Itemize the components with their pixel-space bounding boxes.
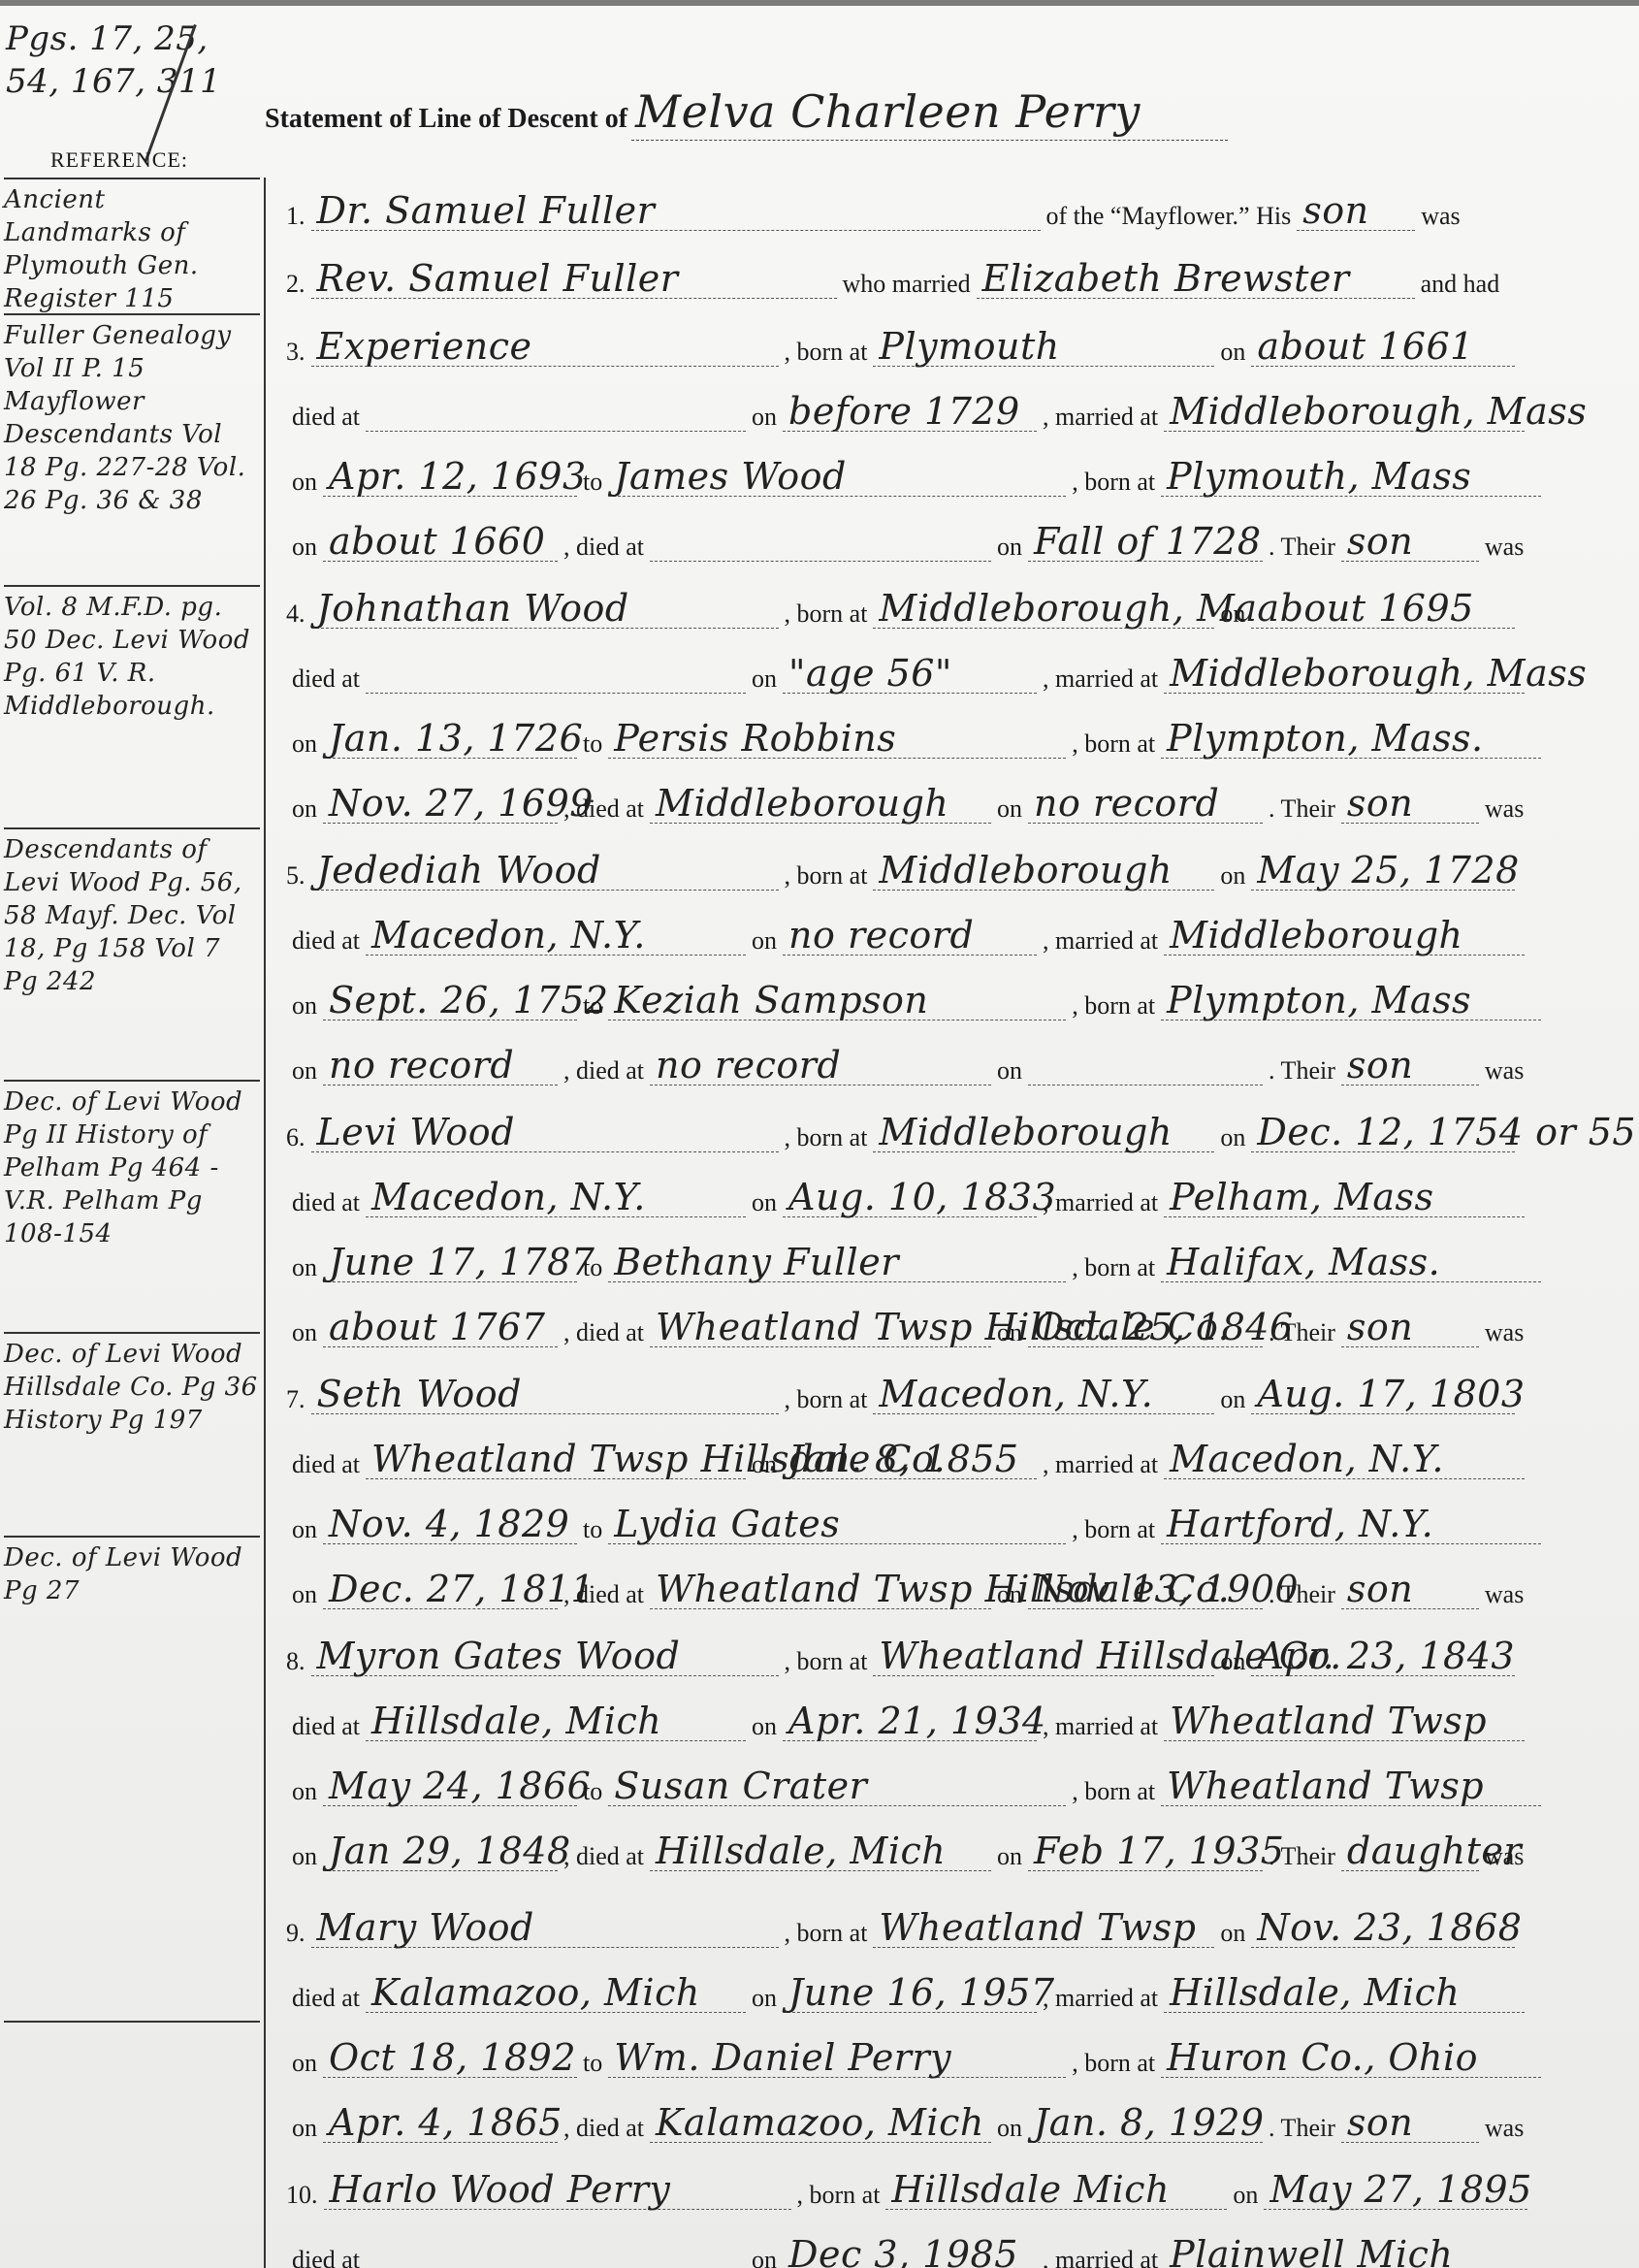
label: , born at	[779, 1385, 874, 1414]
generation-number: 2.	[286, 270, 305, 299]
label: who married	[837, 270, 977, 299]
death-place: Wheatland Twsp Hillsdale Co.	[366, 1440, 746, 1479]
reference-column: Ancient Landmarks of Plymouth Gen. Regis…	[0, 178, 266, 2268]
label: to	[577, 991, 608, 1021]
marriage-date: June 17, 1787	[323, 1243, 577, 1282]
marriage-date: Apr. 12, 1693	[323, 457, 577, 497]
spouse-name: Wm. Daniel Perry	[608, 2038, 1066, 2078]
birth-date: May 27, 1895	[1264, 2170, 1527, 2210]
label: , married at	[1037, 403, 1164, 432]
label: , married at	[1037, 664, 1164, 694]
ancestor-name: Levi Wood	[311, 1113, 779, 1152]
label: on	[746, 926, 783, 956]
death-date: Jan. 8, 1855	[783, 1440, 1037, 1479]
reference-note: Ancient Landmarks of Plymouth Gen. Regis…	[4, 178, 260, 309]
subject-name: Melva Charleen Perry	[631, 85, 1228, 141]
spouse-death-line: onDec. 27, 1811, died atWheatland Twsp H…	[286, 1563, 1576, 1609]
spouse-birth-place: Plympton, Mass.	[1161, 719, 1541, 759]
label: , born at	[791, 2181, 886, 2210]
label: to	[577, 1777, 608, 1806]
label: , born at	[779, 599, 874, 629]
spouse-line: onJan. 13, 1726toPersis Robbins, born at…	[286, 712, 1576, 759]
page-title: Statement of Line of Descent ofMelva Cha…	[265, 85, 1228, 138]
label: , married at	[1037, 1188, 1164, 1217]
label: , born at	[1066, 991, 1161, 1021]
label: . Their	[1263, 533, 1341, 562]
spouse-death-date: Feb 17, 1935	[1028, 1831, 1263, 1871]
generation-number: 4.	[286, 599, 305, 629]
label: on	[991, 1056, 1028, 1085]
marriage-date: May 24, 1866	[323, 1766, 577, 1806]
spouse-death-place: Kalamazoo, Mich	[650, 2103, 991, 2143]
label: on	[991, 533, 1028, 562]
relation: son	[1341, 1570, 1479, 1609]
label: , died at	[558, 794, 650, 824]
spouse-name: Lydia Gates	[608, 1505, 1066, 1544]
label: to	[577, 1515, 608, 1544]
reference-note: Fuller Genealogy Vol II P. 15 Mayflower …	[4, 313, 260, 581]
spouse-birth-date: about 1767	[323, 1308, 558, 1347]
generation-number: 6.	[286, 1123, 305, 1152]
label: on	[286, 1253, 323, 1282]
marriage-date: Nov. 4, 1829	[323, 1505, 577, 1544]
label: , died at	[558, 1842, 650, 1871]
label: died at	[286, 926, 366, 956]
spouse-birth-place: Huron Co., Ohio	[1161, 2038, 1541, 2078]
label: died at	[286, 1984, 366, 2013]
label: . Their	[1263, 1842, 1341, 1871]
birth-date: Nov. 23, 1868	[1251, 1908, 1515, 1948]
label: on	[746, 1712, 783, 1741]
spouse-death-line: onApr. 4, 1865, died atKalamazoo, Michon…	[286, 2096, 1576, 2143]
marriage-place: Middleborough	[1164, 916, 1525, 956]
marriage-date: Oct 18, 1892	[323, 2038, 577, 2078]
label: , married at	[1037, 2246, 1164, 2268]
birth-place: Middleborough	[873, 1113, 1214, 1152]
spouse-death-place: Hillsdale, Mich	[650, 1831, 991, 1871]
generation-1-line: 1. Dr. Samuel Fuller of the “Mayflower.”…	[286, 184, 1576, 231]
spouse-birth-date: no record	[323, 1046, 558, 1085]
spouse-line: onSept. 26, 1752toKeziah Sampson, born a…	[286, 974, 1576, 1021]
spouse-death-line: onno record, died atno recordon. Theirso…	[286, 1039, 1576, 1085]
label: died at	[286, 2246, 366, 2268]
spouse-death-date: Jan. 8, 1929	[1028, 2103, 1263, 2143]
label: was	[1479, 2114, 1529, 2143]
generation-number: 7.	[286, 1385, 305, 1414]
birth-date: about 1661	[1251, 327, 1515, 367]
spouse-line: onNov. 4, 1829toLydia Gates, born atHart…	[286, 1498, 1576, 1544]
death-marriage-line: died atMacedon, N.Y.onno record, married…	[286, 909, 1576, 956]
spouse-birth-date: about 1660	[323, 522, 558, 562]
scan-edge-shadow	[0, 0, 1639, 6]
label: on	[1214, 861, 1251, 891]
spouse-death-place: Middleborough	[650, 784, 991, 824]
label: was	[1479, 1318, 1529, 1347]
label: died at	[286, 403, 366, 432]
death-place	[366, 431, 746, 432]
ancestor-name: Myron Gates Wood	[311, 1636, 779, 1676]
label: , died at	[558, 1318, 650, 1347]
label: on	[1214, 338, 1251, 367]
label: on	[286, 1580, 323, 1609]
label: , born at	[779, 1123, 874, 1152]
label: was	[1479, 1580, 1529, 1609]
ancestor-name: Mary Wood	[311, 1908, 779, 1948]
label: , died at	[558, 1056, 650, 1085]
death-date: before 1729	[783, 392, 1037, 432]
generation-number: 5.	[286, 861, 305, 891]
death-date: Aug. 10, 1833	[783, 1178, 1037, 1217]
label: on	[1214, 1919, 1251, 1948]
marriage-place: Macedon, N.Y.	[1164, 1440, 1525, 1479]
reference-note: Dec. of Levi Wood Pg 27	[4, 1536, 260, 1658]
label: on	[286, 1056, 323, 1085]
spouse-birth-date: Nov. 27, 1699	[323, 784, 558, 824]
spouse-name: Elizabeth Brewster	[977, 259, 1415, 299]
marriage-date: Sept. 26, 1752	[323, 981, 577, 1021]
death-place: Macedon, N.Y.	[366, 1178, 746, 1217]
birth-date: Apr. 23, 1843	[1251, 1636, 1515, 1676]
spouse-death-date: no record	[1028, 784, 1263, 824]
death-date: no record	[783, 916, 1037, 956]
label: on	[746, 2246, 783, 2268]
birth-date: Dec. 12, 1754 or 55	[1251, 1113, 1515, 1152]
reference-note: Vol. 8 M.F.D. pg. 50 Dec. Levi Wood Pg. …	[4, 585, 260, 824]
spouse-death-place: no record	[650, 1046, 991, 1085]
spouse-birth-place: Hartford, N.Y.	[1161, 1505, 1541, 1544]
death-marriage-line: died atWheatland Twsp Hillsdale Co.onJan…	[286, 1433, 1576, 1479]
marriage-place: Plainwell Mich	[1164, 2235, 1525, 2268]
spouse-death-date	[1028, 1085, 1263, 1085]
label: , born at	[1066, 1515, 1161, 1544]
generation-number: 9.	[286, 1919, 305, 1948]
label: on	[286, 2114, 323, 2143]
ancestor-name: Jedediah Wood	[311, 851, 779, 891]
label: was	[1479, 533, 1529, 562]
label: died at	[286, 1712, 366, 1741]
label: , born at	[779, 338, 874, 367]
spouse-line: onJune 17, 1787toBethany Fuller, born at…	[286, 1236, 1576, 1282]
birth-place: Wheatland Hillsdale Co.	[873, 1636, 1214, 1676]
spouse-birth-place: Halifax, Mass.	[1161, 1243, 1541, 1282]
death-place: Macedon, N.Y.	[366, 916, 746, 956]
label: to	[577, 2049, 608, 2078]
spouse-line: onApr. 12, 1693toJames Wood, born atPlym…	[286, 450, 1576, 497]
spouse-name: Bethany Fuller	[608, 1243, 1066, 1282]
spouse-line: onMay 24, 1866toSusan Crater, born atWhe…	[286, 1760, 1576, 1806]
death-date: June 16, 1957	[783, 1973, 1037, 2013]
ancestor-name: Johnathan Wood	[311, 589, 779, 629]
label: on	[991, 1842, 1028, 1871]
label: to	[577, 468, 608, 497]
generation-7-line: 7. Seth Wood, born atMacedon, N.Y.onAug.…	[286, 1368, 1576, 1414]
spouse-death-date: Fall of 1728	[1028, 522, 1263, 562]
label: , born at	[1066, 1253, 1161, 1282]
label: died at	[286, 1450, 366, 1479]
label: on	[286, 794, 323, 824]
birth-place: Hillsdale Mich	[885, 2170, 1227, 2210]
label: , died at	[558, 2114, 650, 2143]
birth-date: about 1695	[1251, 589, 1515, 629]
marriage-place: Middleborough, Mass	[1164, 392, 1525, 432]
label: , married at	[1037, 1984, 1164, 2013]
spouse-death-line: onabout 1660, died atonFall of 1728. The…	[286, 515, 1576, 562]
label: on	[991, 2114, 1028, 2143]
spouse-name: James Wood	[608, 457, 1066, 497]
marriage-place: Middleborough, Mass	[1164, 654, 1525, 694]
marriage-place: Pelham, Mass	[1164, 1178, 1525, 1217]
label: , born at	[1066, 468, 1161, 497]
spouse-birth-place: Plymouth, Mass	[1161, 457, 1541, 497]
label: . Their	[1263, 1318, 1341, 1347]
birth-place: Middleborough	[873, 851, 1214, 891]
death-marriage-line: died atonbefore 1729, married atMiddlebo…	[286, 385, 1576, 432]
relation: son	[1341, 522, 1479, 562]
label: on	[1214, 1123, 1251, 1152]
label: . Their	[1263, 1056, 1341, 1085]
spouse-death-place: Wheatland Twsp Hillsdale Co.	[650, 1570, 991, 1609]
label: , born at	[779, 1919, 874, 1948]
birth-place: Macedon, N.Y.	[873, 1375, 1214, 1414]
generation-4-line: 4. Johnathan Wood, born atMiddleborough,…	[286, 582, 1576, 629]
label: of the “Mayflower.” His	[1041, 202, 1298, 231]
death-marriage-line: died atHillsdale, MichonApr. 21, 1934, m…	[286, 1695, 1576, 1741]
label: on	[286, 1515, 323, 1544]
spouse-line: onOct 18, 1892toWm. Daniel Perry, born a…	[286, 2031, 1576, 2078]
spouse-death-line: onabout 1767, died atWheatland Twsp Hill…	[286, 1301, 1576, 1347]
generation-number: 8.	[286, 1647, 305, 1676]
label: , born at	[1066, 1777, 1161, 1806]
death-date: Dec 3, 1985	[783, 2235, 1037, 2268]
label: died at	[286, 664, 366, 694]
generation-10-line: 10. Harlo Wood Perry, born atHillsdale M…	[286, 2163, 1576, 2210]
reference-note: Dec. of Levi Wood Pg II History of Pelha…	[4, 1080, 260, 1328]
label: on	[746, 1984, 783, 2013]
label: on	[991, 1580, 1028, 1609]
label: . Their	[1263, 2114, 1341, 2143]
corner-page-note: Pgs. 17, 25, 54, 167, 311	[6, 17, 258, 103]
generation-5-line: 5. Jedediah Wood, born atMiddleboroughon…	[286, 844, 1576, 891]
label: on	[286, 1842, 323, 1871]
spouse-death-line: onNov. 27, 1699, died atMiddleboroughonn…	[286, 777, 1576, 824]
spouse-death-date: Nov. 13, 1900	[1028, 1570, 1263, 1609]
label: on	[286, 729, 323, 759]
label: on	[286, 468, 323, 497]
label: was	[1479, 1056, 1529, 1085]
death-place: Hillsdale, Mich	[366, 1701, 746, 1741]
reference-note: Dec. of Levi Wood Hillsdale Co. Pg 36 Hi…	[4, 1332, 260, 1532]
birth-place: Middleborough, Ma	[873, 589, 1214, 629]
label: to	[577, 729, 608, 759]
death-marriage-line: died aton"age 56", married atMiddleborou…	[286, 647, 1576, 694]
birth-date: Aug. 17, 1803	[1251, 1375, 1515, 1414]
death-place: Kalamazoo, Mich	[366, 1973, 746, 2013]
label: was	[1479, 1842, 1529, 1871]
label: , married at	[1037, 1450, 1164, 1479]
relation: son	[1341, 1046, 1479, 1085]
death-marriage-line: died atMacedon, N.Y.onAug. 10, 1833, mar…	[286, 1171, 1576, 1217]
label: on	[1214, 1385, 1251, 1414]
label: . Their	[1263, 794, 1341, 824]
spouse-death-date: Oct. 25, 1846	[1028, 1308, 1263, 1347]
spouse-birth-date: Jan 29, 1848	[323, 1831, 558, 1871]
generation-number: 10.	[286, 2181, 318, 2210]
label: , died at	[558, 533, 650, 562]
ancestor-name: Seth Wood	[311, 1375, 779, 1414]
document-page: Pgs. 17, 25, 54, 167, 311 REFERENCE: Anc…	[0, 0, 1639, 2268]
death-place	[366, 693, 746, 694]
generation-2-line: 2. Rev. Samuel Fuller who married Elizab…	[286, 252, 1576, 299]
label: on	[991, 794, 1028, 824]
label: , married at	[1037, 926, 1164, 956]
generation-number: 3.	[286, 338, 305, 367]
reference-note: Descendants of Levi Wood Pg. 56, 58 Mayf…	[4, 827, 260, 1076]
label: and had	[1415, 270, 1506, 299]
death-marriage-line: died atKalamazoo, MichonJune 16, 1957, m…	[286, 1966, 1576, 2013]
label: on	[1227, 2181, 1264, 2210]
relation: son	[1341, 2103, 1479, 2143]
label: on	[286, 533, 323, 562]
spouse-birth-place: Wheatland Twsp	[1161, 1766, 1541, 1806]
reference-header: REFERENCE:	[50, 147, 188, 173]
label: died at	[286, 1188, 366, 1217]
label: on	[286, 1318, 323, 1347]
label: , died at	[558, 1580, 650, 1609]
spouse-birth-place: Plympton, Mass	[1161, 981, 1541, 1021]
spouse-birth-date: Dec. 27, 1811	[323, 1570, 558, 1609]
label: was	[1415, 202, 1465, 231]
spouse-death-place: Wheatland Twsp Hillsdale Co.	[650, 1308, 991, 1347]
label: . Their	[1263, 1580, 1341, 1609]
marriage-place: Hillsdale, Mich	[1164, 1973, 1525, 2013]
birth-place: Wheatland Twsp	[873, 1908, 1214, 1948]
ancestor-name: Rev. Samuel Fuller	[311, 259, 837, 299]
relation: son	[1297, 191, 1415, 231]
label: on	[286, 2049, 323, 2078]
label: to	[577, 1253, 608, 1282]
spouse-death-line: onJan 29, 1848, died atHillsdale, Michon…	[286, 1825, 1576, 1871]
label: on	[1214, 1647, 1251, 1676]
generation-number: 1.	[286, 202, 305, 231]
label: on	[286, 1777, 323, 1806]
death-marriage-line: died atonDec 3, 1985, married atPlainwel…	[286, 2228, 1576, 2268]
spouse-name: Keziah Sampson	[608, 981, 1066, 1021]
label: was	[1479, 794, 1529, 824]
label: on	[746, 1188, 783, 1217]
marriage-place: Wheatland Twsp	[1164, 1701, 1525, 1741]
relation: son	[1341, 784, 1479, 824]
ancestor-name: Dr. Samuel Fuller	[311, 191, 1041, 231]
birth-place: Plymouth	[873, 327, 1214, 367]
death-date: "age 56"	[783, 654, 1037, 694]
generation-6-line: 6. Levi Wood, born atMiddleboroughonDec.…	[286, 1106, 1576, 1152]
generation-3-line: 3. Experience, born atPlymouthonabout 16…	[286, 320, 1576, 367]
label: on	[746, 1450, 783, 1479]
label: on	[286, 991, 323, 1021]
ancestor-name: Harlo Wood Perry	[324, 2170, 791, 2210]
label: , born at	[1066, 2049, 1161, 2078]
spouse-name: Persis Robbins	[608, 719, 1066, 759]
relation: son	[1341, 1308, 1479, 1347]
title-label: Statement of Line of Descent of	[265, 104, 627, 134]
reference-divider	[4, 2021, 260, 2036]
generation-8-line: 8. Myron Gates Wood, born atWheatland Hi…	[286, 1630, 1576, 1676]
label: , born at	[779, 1647, 874, 1676]
ancestor-name: Experience	[311, 327, 779, 367]
spouse-birth-date: Apr. 4, 1865	[323, 2103, 558, 2143]
marriage-date: Jan. 13, 1726	[323, 719, 577, 759]
label: on	[1214, 599, 1251, 629]
birth-date: May 25, 1728	[1251, 851, 1515, 891]
label: on	[746, 664, 783, 694]
death-date: Apr. 21, 1934	[783, 1701, 1037, 1741]
spouse-death-place	[650, 561, 991, 562]
label: , born at	[779, 861, 874, 891]
relation: daughter	[1341, 1831, 1479, 1871]
label: , born at	[1066, 729, 1161, 759]
label: , married at	[1037, 1712, 1164, 1741]
spouse-name: Susan Crater	[608, 1766, 1066, 1806]
label: on	[746, 403, 783, 432]
label: on	[991, 1318, 1028, 1347]
generation-9-line: 9. Mary Wood, born atWheatland TwsponNov…	[286, 1901, 1576, 1948]
